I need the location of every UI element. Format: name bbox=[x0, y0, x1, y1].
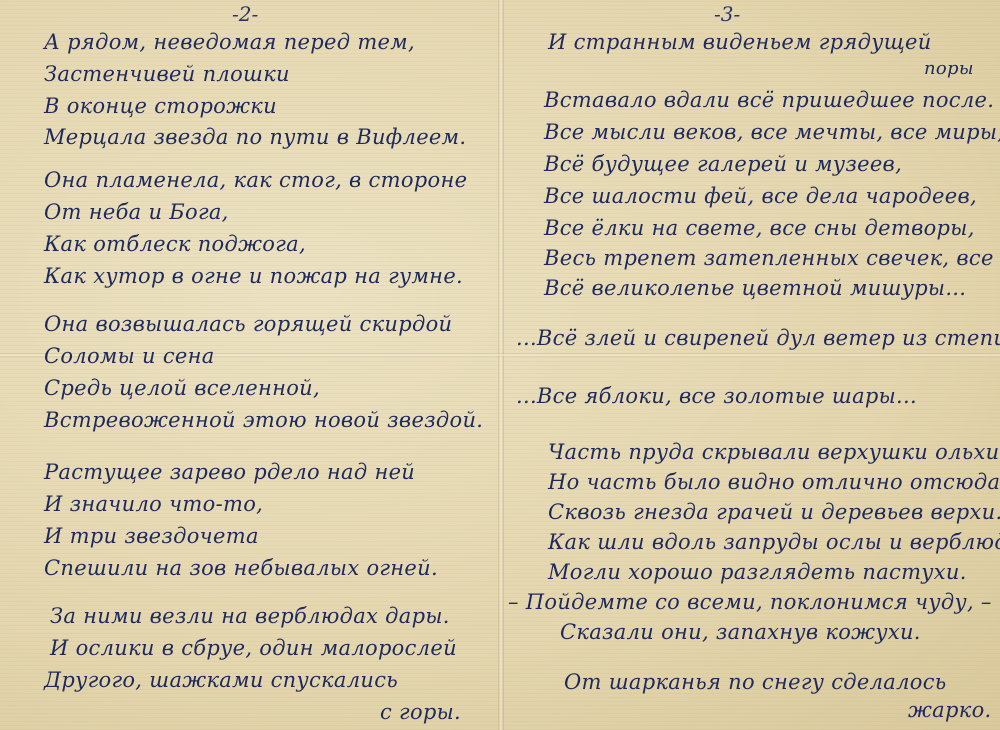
poem-line: Все ёлки на свете, все сны детворы, bbox=[544, 216, 975, 240]
poem-line: За ними везли на верблюдах дары. bbox=[50, 604, 450, 628]
poem-line: ...Всё злей и свирепей дул ветер из степ… bbox=[516, 326, 1000, 350]
poem-line: Но часть было видно отлично отсюда bbox=[548, 470, 1000, 494]
poem-line: Всё будущее галерей и музеев, bbox=[544, 152, 902, 176]
poem-line: От неба и Бога, bbox=[44, 200, 229, 224]
poem-line: И странным виденьем грядущей bbox=[548, 30, 932, 54]
poem-line: И значило что-то, bbox=[44, 492, 263, 516]
poem-line: Соломы и сена bbox=[44, 344, 215, 368]
poem-line: Растущее зарево рдело над ней bbox=[44, 460, 415, 484]
poem-line: Встревоженной этою новой звездой. bbox=[44, 408, 483, 432]
poem-line: Могли хорошо разглядеть пастухи. bbox=[548, 560, 967, 584]
poem-line: А рядом, неведомая перед тем, bbox=[44, 30, 415, 54]
poem-line: Застенчивей плошки bbox=[44, 62, 290, 86]
poem-line: Как хутор в огне и пожар на гумне. bbox=[44, 264, 463, 288]
page-2: -2- А рядом, неведомая перед тем, Застен… bbox=[0, 0, 498, 730]
poem-line: Сказали они, запахнув кожухи. bbox=[560, 620, 921, 644]
poem-line: Другого, шажками спускались bbox=[44, 668, 398, 692]
page-number: -2- bbox=[232, 2, 258, 26]
poem-line: Она пламенела, как стог, в стороне bbox=[44, 168, 467, 192]
poem-line: поры bbox=[924, 58, 974, 79]
poem-line: Мерцала звезда по пути в Вифлеем. bbox=[44, 125, 466, 149]
poem-line: И три звездочета bbox=[44, 524, 259, 548]
page-number: -3- bbox=[714, 2, 740, 26]
poem-line: Она возвышалась горящей скирдой bbox=[44, 312, 452, 336]
poem-line: Спешили на зов небывалых огней. bbox=[44, 556, 438, 580]
manuscript-sheet: -2- А рядом, неведомая перед тем, Застен… bbox=[0, 0, 1000, 730]
poem-line: с горы. bbox=[380, 700, 461, 724]
poem-line: Все шалости фей, все дела чародеев, bbox=[544, 184, 977, 208]
poem-line: Весь трепет затепленных свечек, все цепи… bbox=[544, 246, 1000, 270]
poem-line: Вставало вдали всё пришедшее после. bbox=[544, 88, 994, 112]
poem-line: Часть пруда скрывали верхушки ольхи, bbox=[548, 440, 1000, 464]
poem-line: Всё великолепье цветной мишуры... bbox=[544, 276, 966, 300]
page-3: -3- И странным виденьем грядущей поры Вс… bbox=[504, 0, 1000, 730]
poem-line: жарко. bbox=[908, 698, 992, 722]
poem-line: В оконце сторожки bbox=[44, 94, 277, 118]
poem-line: От шарканья по снегу сделалось bbox=[564, 670, 947, 694]
poem-line: Сквозь гнезда грачей и деревьев верхи. bbox=[548, 500, 1000, 524]
poem-line: И ослики в сбруе, один малорослей bbox=[50, 636, 457, 660]
poem-line: Все мысли веков, все мечты, все миры, bbox=[544, 120, 1000, 144]
poem-line: Как шли вдоль запруды ослы и верблюды, bbox=[548, 530, 1000, 554]
poem-line: ...Все яблоки, все золотые шары... bbox=[516, 384, 917, 408]
poem-line: – Пойдемте со всеми, поклонимся чуду, – bbox=[508, 590, 992, 614]
poem-line: Средь целой вселенной, bbox=[44, 376, 320, 400]
poem-line: Как отблеск поджога, bbox=[44, 232, 306, 256]
